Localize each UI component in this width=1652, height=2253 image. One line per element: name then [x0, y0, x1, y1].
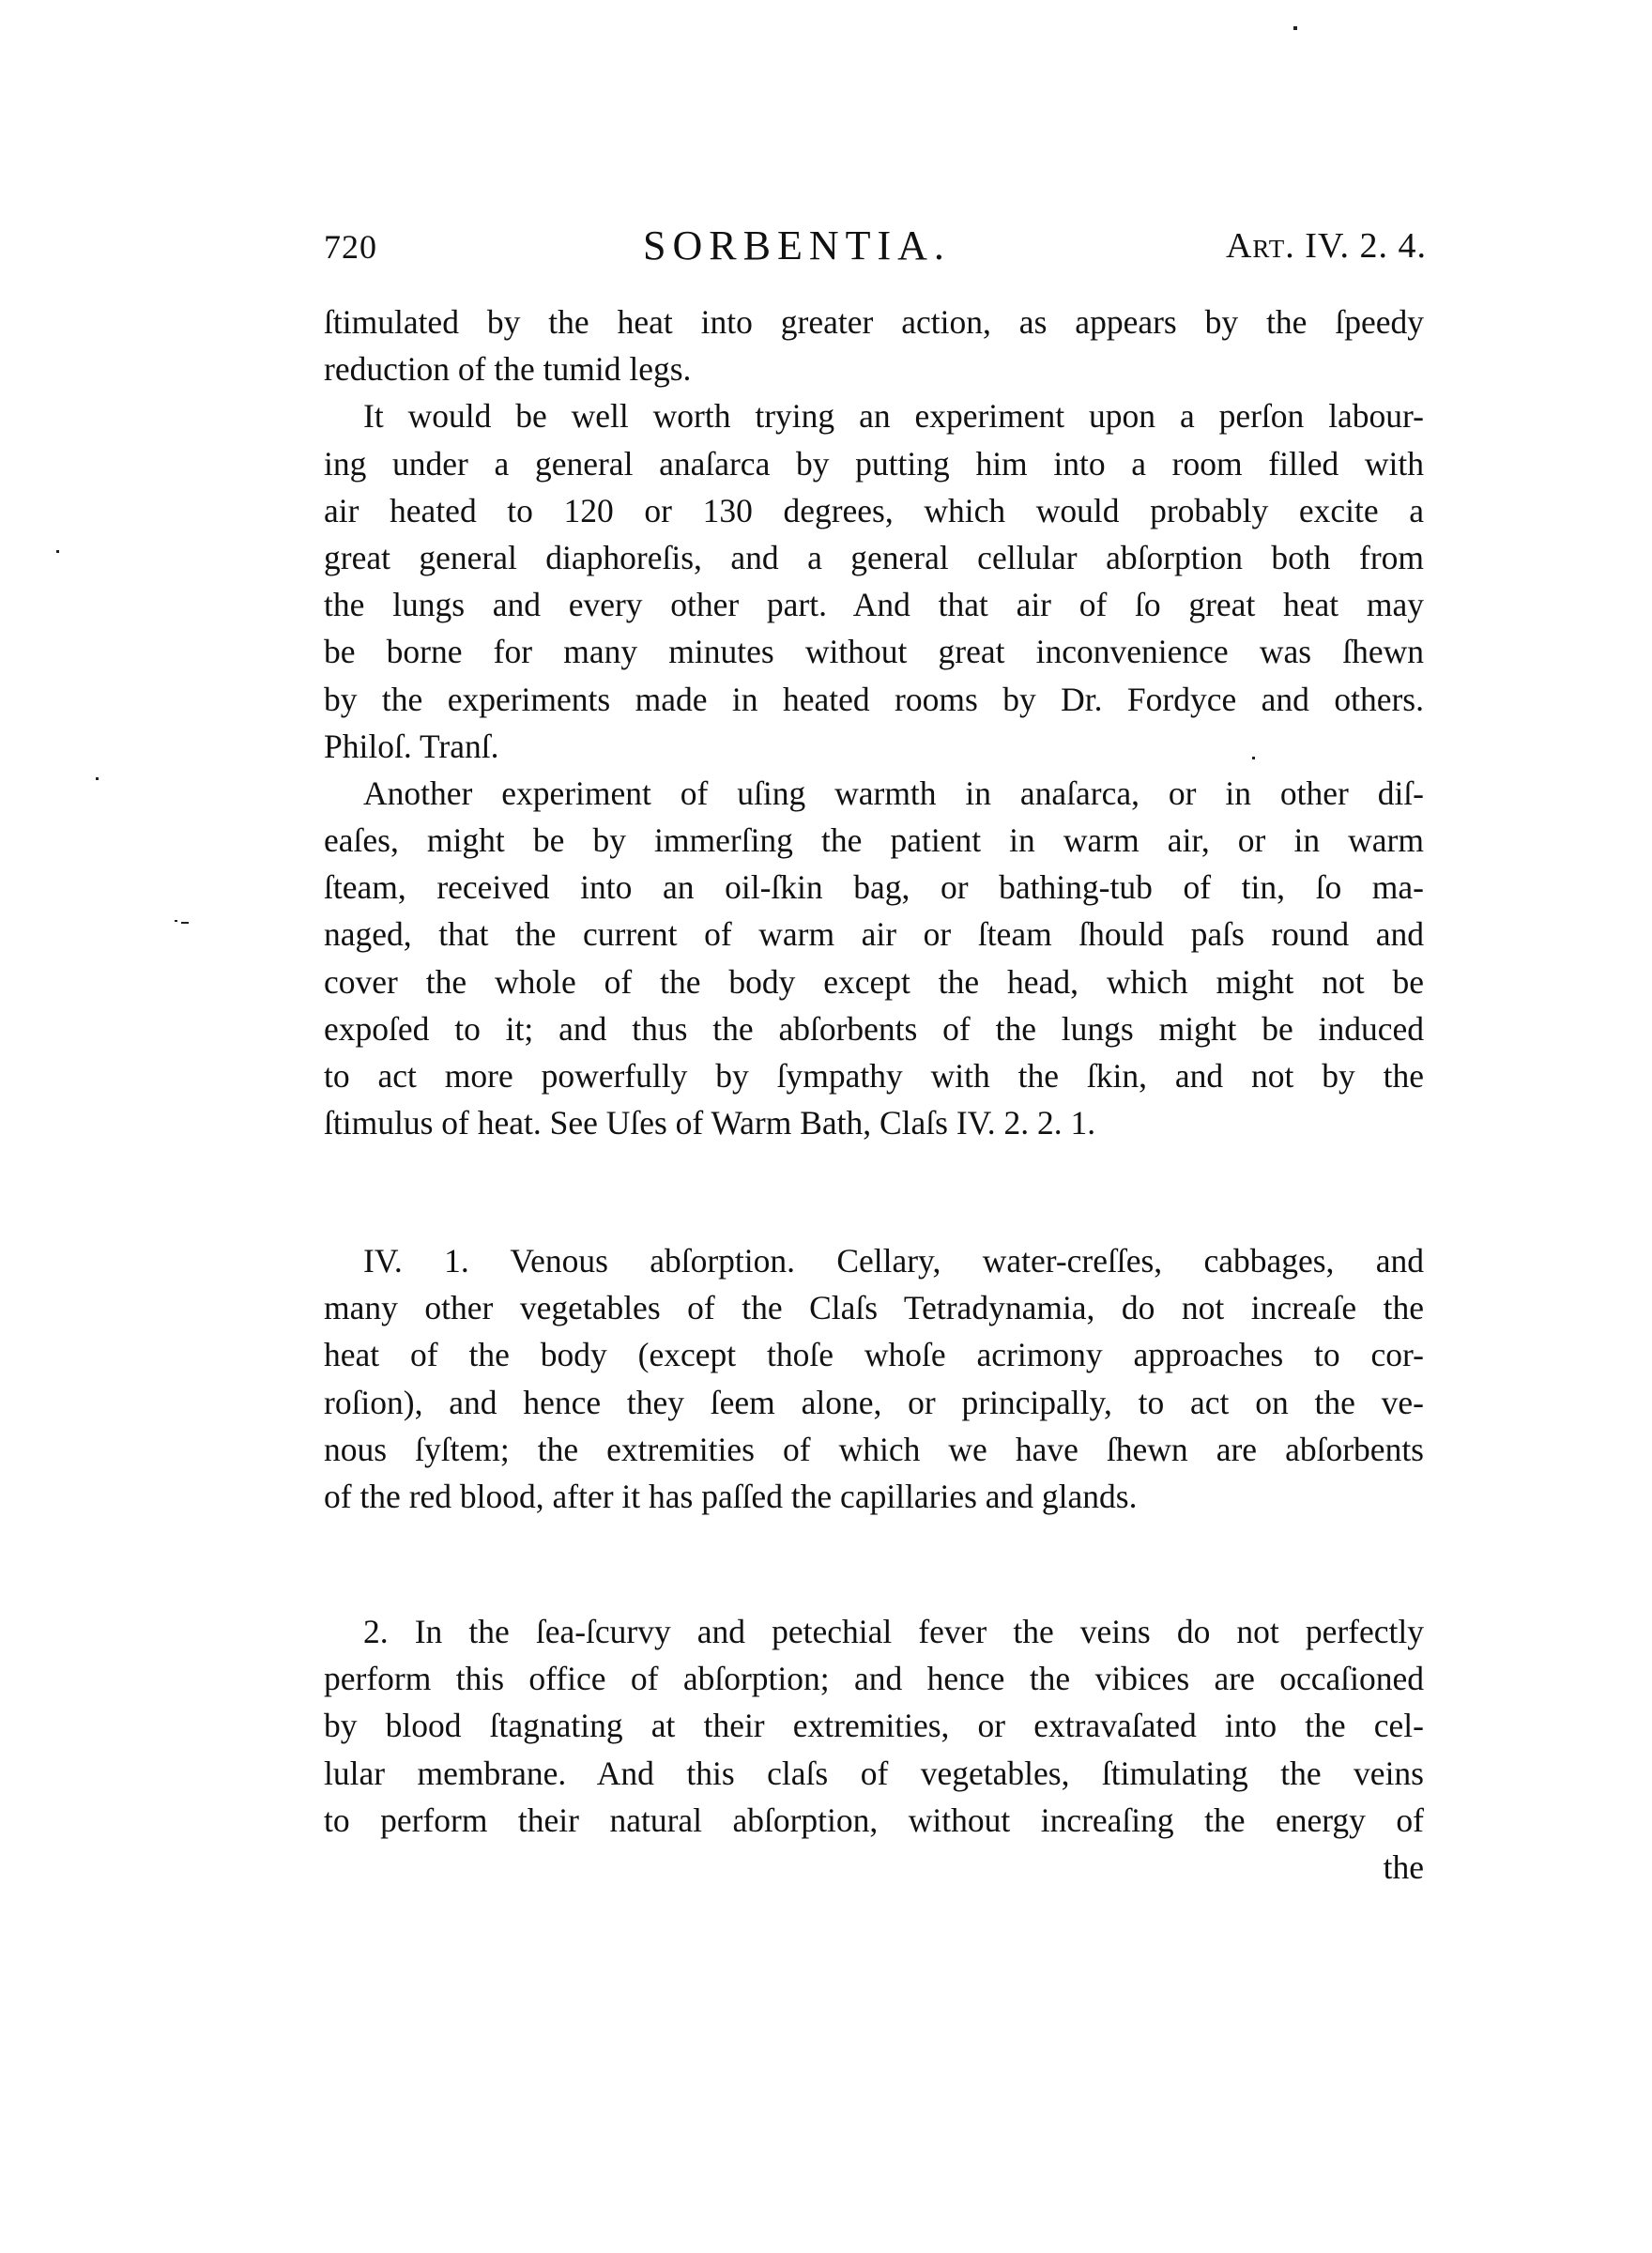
text-line: the lungs and every other part. And that…	[324, 581, 1424, 628]
running-title: SORBENTIA.	[643, 222, 951, 269]
text-line: great general diaphoreſis, and a general…	[324, 534, 1424, 581]
text-line: expoſed to it; and thus the abſorbents o…	[324, 1005, 1424, 1052]
text-line: cover the whole of the body except the h…	[324, 958, 1424, 1005]
text-line: ſtimulus of heat. See Uſes of Warm Bath,…	[324, 1099, 1424, 1146]
text-line: eaſes, might be by immerſing the patient…	[324, 817, 1424, 864]
text-line: of the red blood, after it has paſſed th…	[324, 1473, 1424, 1520]
text-line: lular membrane. And this claſs of vegeta…	[324, 1750, 1424, 1797]
book-page: 720 SORBENTIA. Art. IV. 2. 4. ſtimulated…	[0, 0, 1652, 2253]
text-line: by the experiments made in heated rooms …	[324, 676, 1424, 723]
text-line: It would be well worth trying an experim…	[324, 392, 1424, 439]
article-reference: Art. IV. 2. 4.	[1226, 225, 1427, 267]
text-line: nous ſyſtem; the extremities of which we…	[324, 1426, 1424, 1473]
text-line: Another experiment of uſing warmth in an…	[324, 770, 1424, 817]
text-line: 2. In the ſea-ſcurvy and petechial fever…	[324, 1608, 1424, 1655]
text-line: to perform their natural abſorption, wit…	[324, 1797, 1424, 1844]
text-line: reduction of the tumid legs.	[324, 345, 1424, 392]
text-line: Philoſ. Tranſ.	[324, 723, 1424, 770]
text-line: be borne for many minutes without great …	[324, 628, 1424, 675]
scan-speck	[1293, 26, 1297, 30]
scan-speck	[175, 920, 177, 922]
text-line: roſion), and hence they ſeem alone, or p…	[324, 1379, 1424, 1426]
scan-speck	[96, 777, 99, 780]
text-line: ſtimulated by the heat into greater acti…	[324, 299, 1424, 345]
scan-speck	[56, 550, 59, 553]
section-heading-line: IV. 1. Venous abſorption. Cellary, water…	[324, 1237, 1424, 1284]
paragraph-block-venous-absorption: IV. 1. Venous abſorption. Cellary, water…	[324, 1237, 1424, 1520]
paragraph-block-continuation: ſtimulated by the heat into greater acti…	[324, 299, 1424, 1146]
text-line: ing under a general anaſarca by putting …	[324, 440, 1424, 487]
text-line: to act more powerfully by ſympathy with …	[324, 1052, 1424, 1099]
text-line: many other vegetables of the Claſs Tetra…	[324, 1284, 1424, 1331]
text-line: ſteam, received into an oil-ſkin bag, or…	[324, 864, 1424, 911]
text-line: heat of the body (except thoſe whoſe acr…	[324, 1331, 1424, 1378]
page-number: 720	[324, 227, 377, 267]
scan-speck	[181, 922, 189, 924]
text-line: air heated to 120 or 130 degrees, which …	[324, 487, 1424, 534]
paragraph-block-sea-scurvy: 2. In the ſea-ſcurvy and petechial fever…	[324, 1608, 1424, 1891]
text-line: perform this office of abſorption; and h…	[324, 1655, 1424, 1702]
running-head: 720 SORBENTIA. Art. IV. 2. 4.	[324, 222, 1427, 282]
catchword: the	[324, 1844, 1424, 1891]
text-line: naged, that the current of warm air or ſ…	[324, 911, 1424, 958]
text-line: by blood ſtagnating at their extremities…	[324, 1702, 1424, 1749]
